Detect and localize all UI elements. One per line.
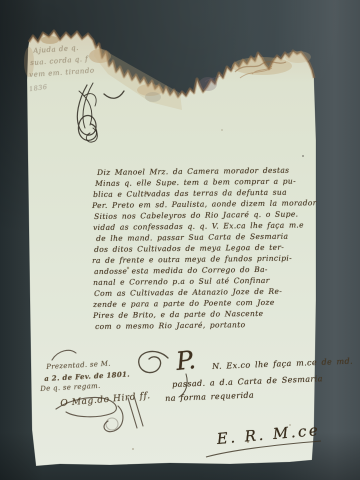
manuscript-photo: Ajuda de q. sua. corda q. f vem em. tira… xyxy=(0,0,360,480)
petition-line: com o mesmo Rio Jacaré, portanto xyxy=(95,320,245,331)
despacho-initial: P. xyxy=(175,345,198,376)
